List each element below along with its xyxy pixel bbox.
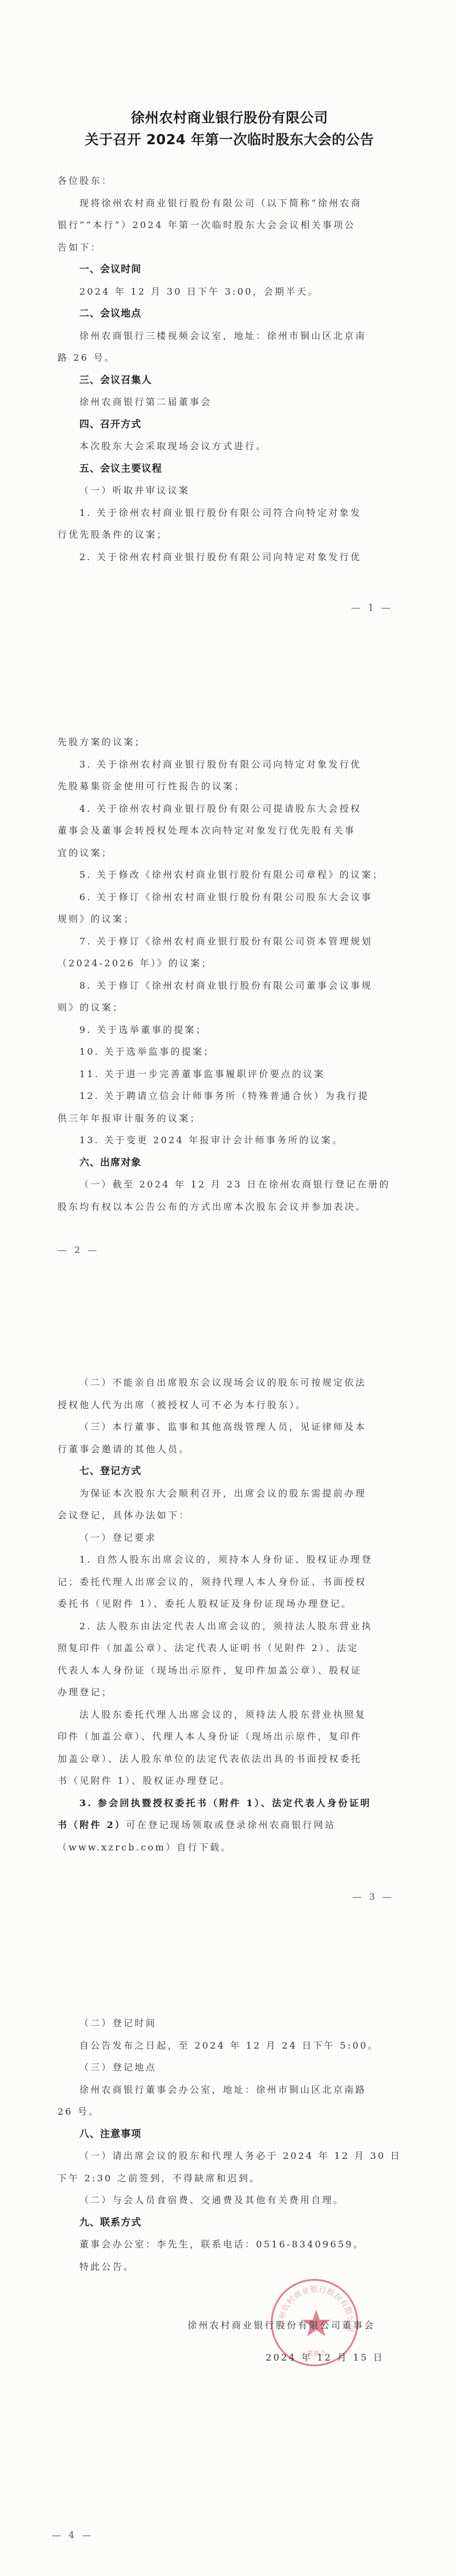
agenda-item-4-line-1: 4. 关于徐州农村商业银行股份有限公司提请股东大会授权 (58, 798, 401, 820)
requirement-1-line-2: 记；委托代理人出席会议的，须持代理人本人身份证、书面授权 (58, 1571, 401, 1594)
intro-line-3: 告如下： (58, 237, 401, 259)
page-3: （二）不能亲自出席股东会议现场会议的股东可按规定依法 授权他人代为出席（被授权人… (0, 1288, 456, 1932)
notice-1-line-1: （一）请出席会议的股东和代理人务必于 2024 年 12 月 30 日 (58, 2145, 401, 2168)
agenda-item-6-line-2: 规则》的议案； (58, 908, 401, 931)
requirement-3-line-3: （www.xzrcb.com）自行下载。 (58, 1837, 401, 1859)
agenda-item-10: 10. 关于选举监事的提案； (58, 1041, 401, 1063)
issue-date: 2024 年 12 月 15 日 (266, 2350, 384, 2363)
attendee-3-line-1: （三）本行董事、监事和其他高级管理人员，见证律师及本 (58, 1416, 401, 1439)
document-title-line-2: 关于召开 2024 年第一次临时股东大会的公告 (58, 129, 401, 151)
section-6-heading: 六、出席对象 (58, 1152, 401, 1174)
section-2-heading: 二、会议地点 (58, 303, 401, 325)
requirement-1-line-1: 1. 自然人股东出席会议的，须持本人身份证、股权证办理登 (58, 1549, 401, 1571)
section-1-heading: 一、会议时间 (58, 259, 401, 281)
requirement-2b-line-4: 书（见附件 1）、股权证办理登记。 (58, 1770, 401, 1792)
requirement-2b-line-2: 印件（加盖公章）、代理人本人身份证（现场出示原件，复印件 (58, 1726, 401, 1748)
section-4-heading: 四、召开方式 (58, 414, 401, 436)
convener: 徐州农商银行第二届董事会 (58, 391, 401, 414)
page-number-4: — 4 — (52, 2529, 93, 2540)
page-1: 徐州农村商业银行股份有限公司 关于召开 2024 年第一次临时股东大会的公告 各… (0, 0, 456, 644)
agenda-item-3-line-1: 3. 关于徐州农村商业银行股份有限公司向特定对象发行优 (58, 754, 401, 776)
requirement-2-line-3: 代表人本人身份证（现场出示原件，复印件加盖公章）、股权证 (58, 1660, 401, 1682)
page-number-3: — 3 — (352, 1891, 394, 1902)
agenda-item-11: 11. 关于进一步完善董事监事履职评价要点的议案 (58, 1063, 401, 1086)
agenda-item-9: 9. 关于选举董事的提案； (58, 1019, 401, 1042)
requirement-2-line-4: 办理登记； (58, 1682, 401, 1704)
requirement-2-line-1: 2. 法人股东由法定代表人出席会议的，须持法人股东营业执 (58, 1615, 401, 1638)
page-number-1: — 1 — (351, 602, 393, 613)
agenda-item-6-line-1: 6. 关于修订《徐州农村商业银行股份有限公司股东大会议事 (58, 886, 401, 909)
section-8-heading: 八、注意事项 (58, 2123, 401, 2146)
requirement-2b-line-1: 法人股东委托代理人出席会议的，须持法人股东营业执照复 (58, 1704, 401, 1726)
agenda-item-12-line-2: 供三年年报审计服务的议案； (58, 1108, 401, 1130)
registration-place-line-1: 徐州农商银行董事会办公室，地址：徐州市铜山区北京南路 (58, 2079, 401, 2101)
issuer-signature: 徐州农村商业银行股份有限公司董事会 (187, 2318, 375, 2331)
meeting-place-line-1: 徐州农商银行三楼视频会议室，地址：徐州市铜山区北京南 (58, 325, 401, 348)
registration-intro-line-2: 会议登记，具体办法如下： (58, 1505, 401, 1527)
registration-subheading-1: （一）登记要求 (58, 1527, 401, 1549)
requirement-2-line-2: 照复印件（加盖公章）、法定代表人证明书（见附件 2）、法定 (58, 1637, 401, 1660)
agenda-item-13: 13. 关于变更 2024 年报审计会计师事务所的议案。 (58, 1129, 401, 1152)
agenda-item-7-line-2: （2024-2026 年）》的议案； (58, 952, 401, 975)
section-5-heading: 五、会议主要议程 (58, 458, 401, 480)
registration-subheading-3: （三）登记地点 (58, 2057, 401, 2079)
requirement-3-rest: 可在登记现场领取或登录徐州农商银行网站 (126, 1819, 336, 1830)
meeting-time: 2024 年 12 月 30 日下午 3:00，会期半天。 (58, 281, 401, 303)
agenda-item-1-line-2: 行优先股条件的议案； (58, 524, 401, 546)
agenda-item-2-line-2: 先股方案的议案； (58, 731, 401, 754)
agenda-item-2-line-1: 2. 关于徐州农村商业银行股份有限公司向特定对象发行优 (58, 546, 401, 569)
requirement-3-bold-part: 书（附件 2） (58, 1819, 126, 1830)
attendee-2-line-1: （二）不能亲自出席股东会议现场会议的股东可按规定依法 (58, 1372, 401, 1394)
greeting: 各位股东： (58, 170, 401, 192)
agenda-item-8-line-2: 则》的议案； (58, 997, 401, 1019)
page-4-content: （二）登记时间 自公告发布之日起，至 2024 年 12 月 24 日下午 5:… (58, 2012, 401, 2278)
registration-intro-line-1: 为保证本次股东大会顺利召开，出席会议的股东需提前办理 (58, 1483, 401, 1505)
registration-subheading-2: （二）登记时间 (58, 2012, 401, 2035)
intro-line-2: 银行”“本行”）2024 年第一次临时股东大会会议相关事项公 (58, 214, 401, 237)
agenda-item-8-line-1: 8. 关于修订《徐州农村商业银行股份有限公司董事会议事规 (58, 975, 401, 997)
agenda-item-5: 5. 关于修改《徐州农村商业银行股份有限公司章程》的议案； (58, 864, 401, 886)
intro-line-1: 现将徐州农村商业银行股份有限公司（以下简称“徐州农商 (58, 192, 401, 215)
agenda-subheading-1: （一）听取并审议议案 (58, 480, 401, 502)
attendee-1-line-2: 股东均有权以本公告公布的方式出席本次股东会议并参加表决。 (58, 1196, 401, 1218)
contact-info: 董事会办公室：李先生，联系电话：0516-83409659。 (58, 2234, 401, 2256)
requirement-3-line-1: 3. 参会回执暨授权委托书（附件 1）、法定代表人身份证明 (58, 1792, 401, 1815)
requirement-1-line-3: 委托书（见附件 1）、委托人股权证及身份证现场办理登记。 (58, 1593, 401, 1615)
agenda-item-4-line-3: 宜的议案； (58, 842, 401, 865)
document-title-line-1: 徐州农村商业银行股份有限公司 (58, 107, 401, 129)
meeting-place-line-2: 路 26 号。 (58, 347, 401, 369)
page-1-content: 徐州农村商业银行股份有限公司 关于召开 2024 年第一次临时股东大会的公告 各… (58, 107, 401, 568)
notice-1-line-2: 下午 2:30 之前签到，不得缺席和迟到。 (58, 2168, 401, 2190)
notice-2: （二）与会人员食宿费、交通费及其他有关费用自理。 (58, 2189, 401, 2212)
agenda-item-12-line-1: 12. 关于聘请立信会计师事务所（特殊普通合伙）为我行提 (58, 1085, 401, 1108)
agenda-item-3-line-2: 先股募集资金使用可行性报告的议案； (58, 776, 401, 798)
section-7-heading: 七、登记方式 (58, 1460, 401, 1483)
page-2: 先股方案的议案； 3. 关于徐州农村商业银行股份有限公司向特定对象发行优 先股募… (0, 644, 456, 1288)
page-3-content: （二）不能亲自出席股东会议现场会议的股东可按规定依法 授权他人代为出席（被授权人… (58, 1372, 401, 1858)
page-number-2: — 2 — (58, 1244, 99, 1255)
page-2-content: 先股方案的议案； 3. 关于徐州农村商业银行股份有限公司向特定对象发行优 先股募… (58, 731, 401, 1218)
registration-place-line-2: 26 号。 (58, 2101, 401, 2123)
requirement-2b-line-3: 加盖公章）、法人股东单位的法定代表依法出具的书面授权委托 (58, 1748, 401, 1771)
attendee-2-line-2: 授权他人代为出席（被授权人可不必为本行股东）。 (58, 1394, 401, 1417)
attendee-1-line-1: （一）截至 2024 年 12 月 23 日在徐州农商银行登记在册的 (58, 1174, 401, 1196)
agenda-item-7-line-1: 7. 关于修订《徐州农村商业银行股份有限公司资本管理规划 (58, 931, 401, 953)
section-3-heading: 三、会议召集人 (58, 369, 401, 392)
agenda-item-4-line-2: 董事会及董事会转授权处理本次向特定对象发行优先股有关事 (58, 820, 401, 842)
requirement-3-line-2: 书（附件 2）可在登记现场领取或登录徐州农商银行网站 (58, 1814, 401, 1837)
attendee-3-line-2: 行董事会邀请的其他人员。 (58, 1439, 401, 1461)
registration-time: 自公告发布之日起，至 2024 年 12 月 24 日下午 5:00。 (58, 2035, 401, 2057)
meeting-format: 本次股东大会采取现场会议方式进行。 (58, 435, 401, 458)
agenda-item-1-line-1: 1. 关于徐州农村商业银行股份有限公司符合向特定对象发 (58, 502, 401, 525)
page-4: （二）登记时间 自公告发布之日起，至 2024 年 12 月 24 日下午 5:… (0, 1932, 456, 2576)
section-9-heading: 九、联系方式 (58, 2212, 401, 2234)
closing-statement: 特此公告。 (58, 2256, 401, 2278)
